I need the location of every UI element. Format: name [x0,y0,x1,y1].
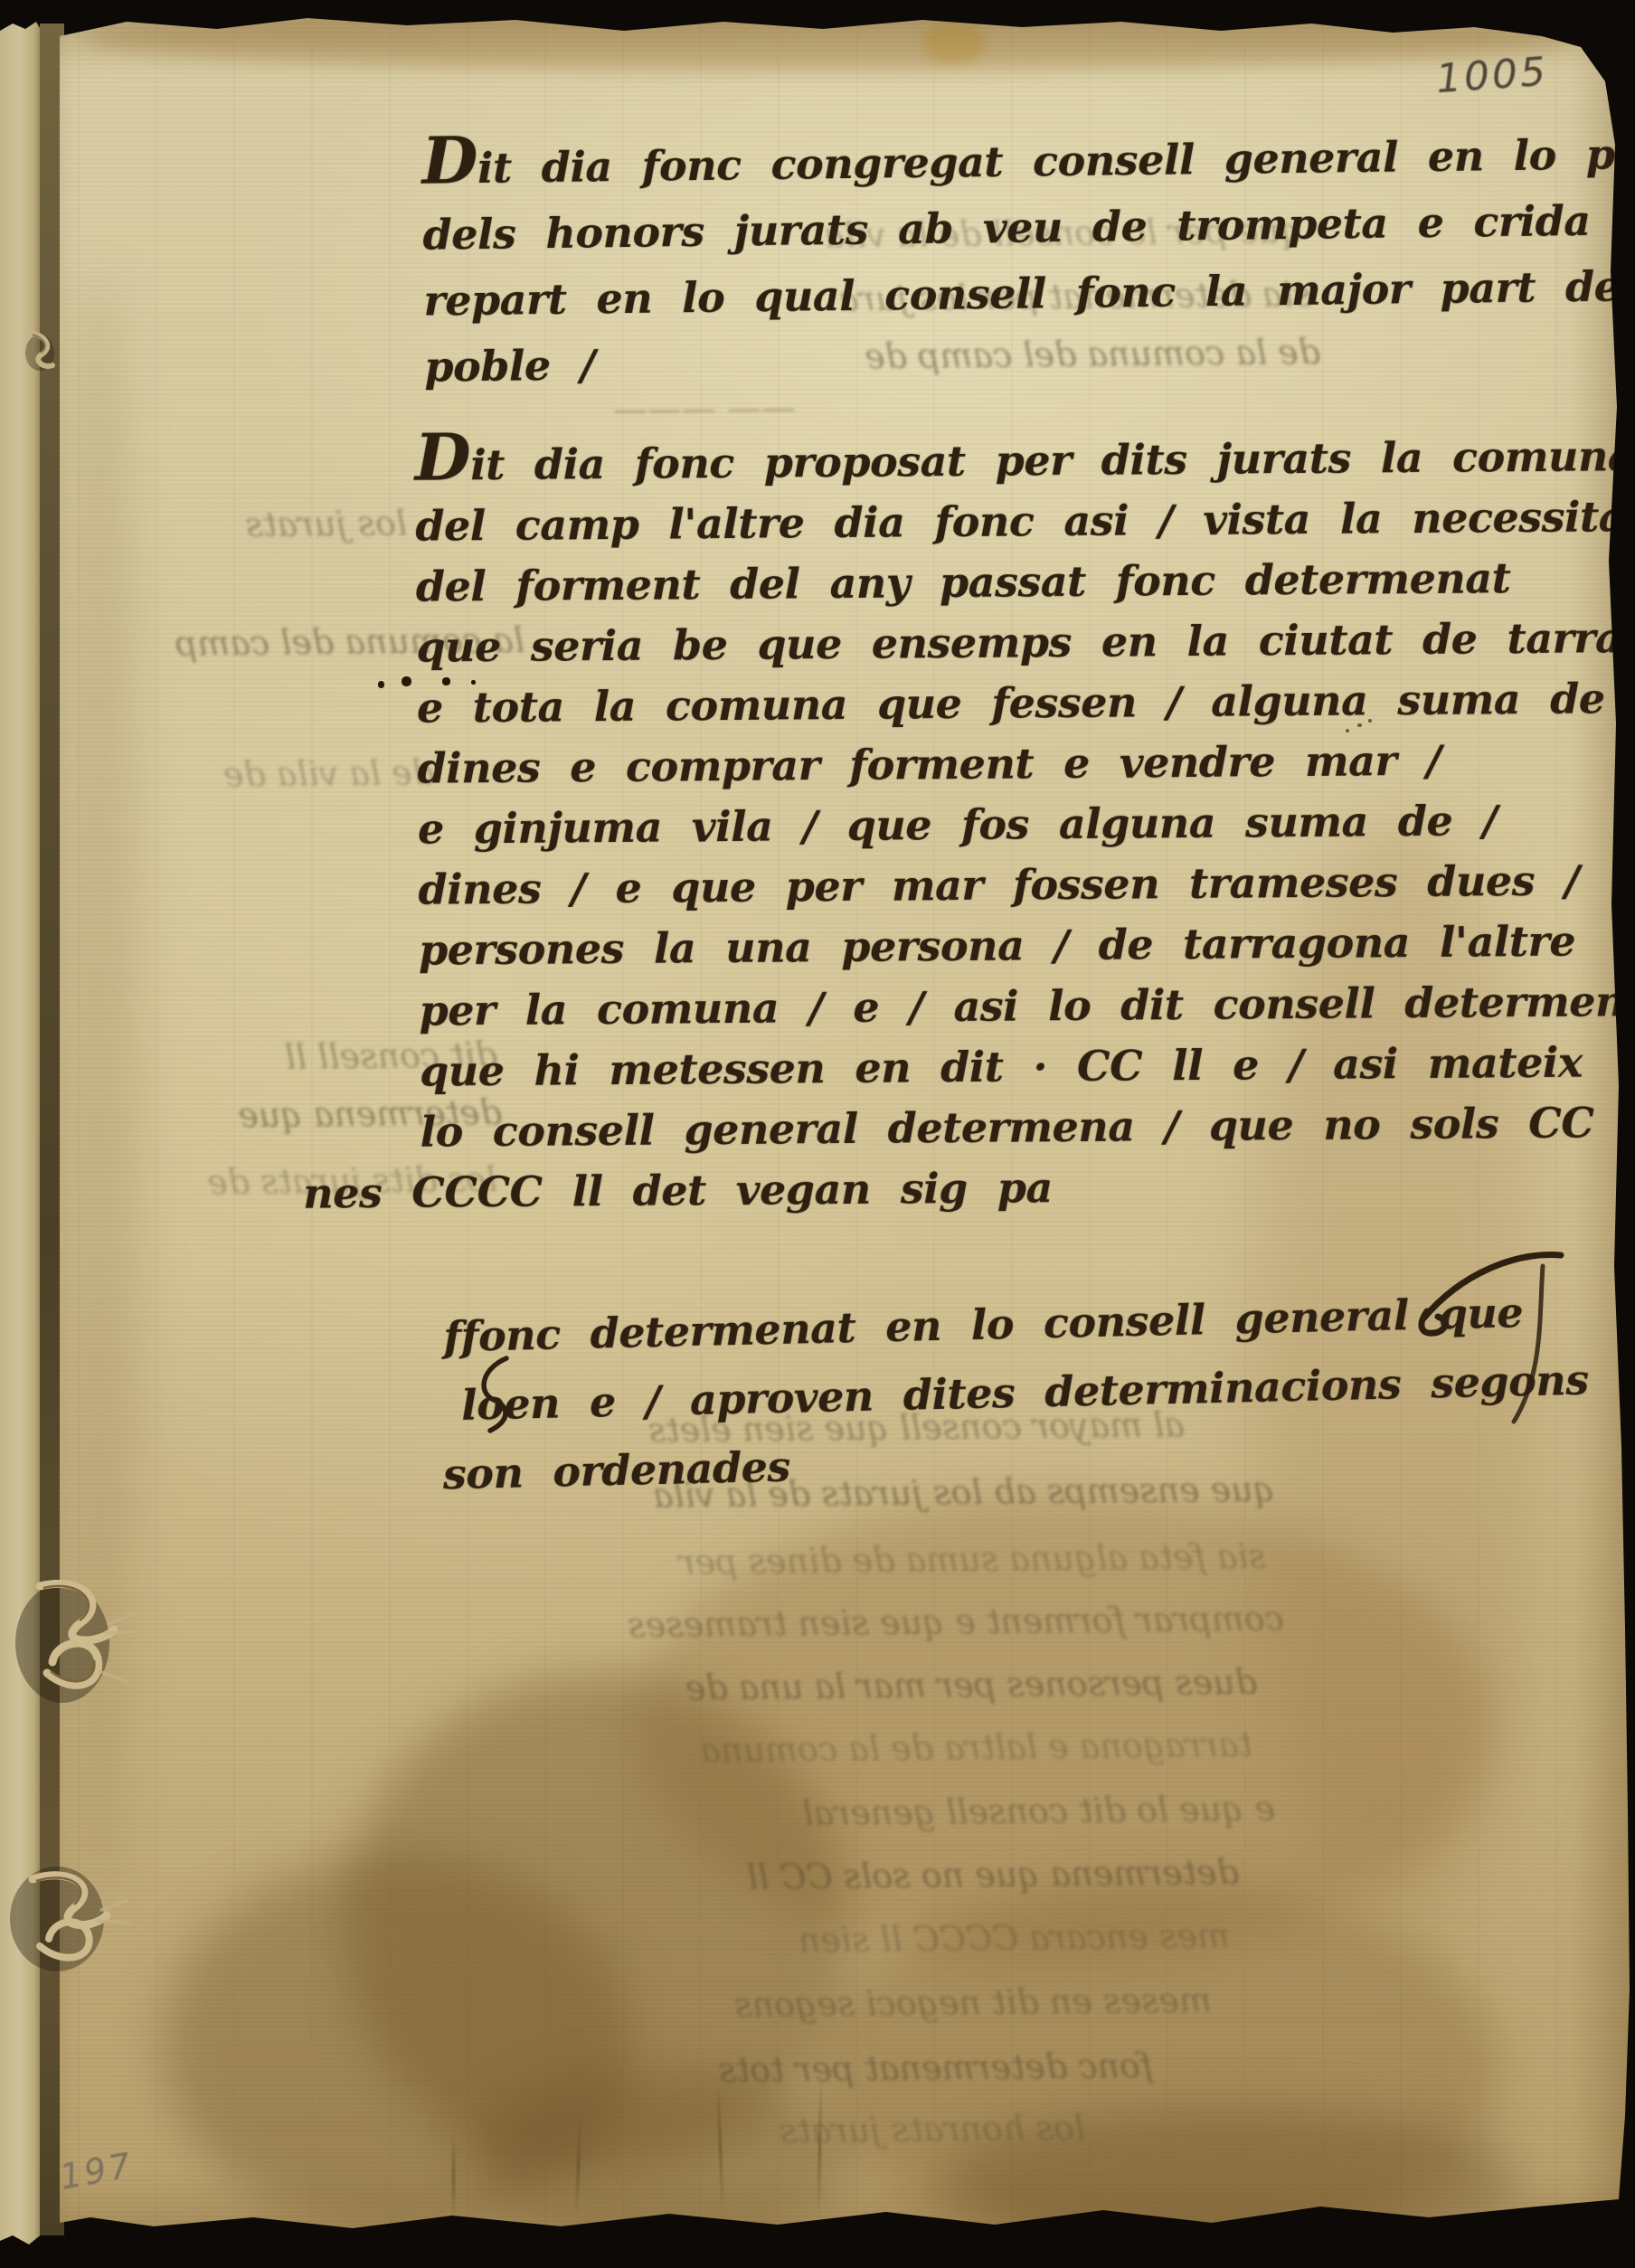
ink-speck [471,680,476,685]
page-number: 1005 [1435,52,1550,100]
ink-line: que seria be que ensemps en la ciutat de… [416,607,1635,677]
ink-paragraph-1: Dit dia fonc congregat consell general e… [421,120,1635,400]
crease [452,2134,455,2220]
ink-line: del camp l'altre dia fonc asi / vista la… [415,486,1635,556]
ink-paragraph-2: Dit dia fonc proposat per dits jurats la… [415,423,1635,1223]
manuscript-photo: que per lo consell de la vilasia determe… [0,0,1635,2268]
ink-line: e ginjuma vila / que fos alguna suma de … [418,789,1635,859]
ink-speck [1357,723,1362,727]
ink-line: que hi metessen en dit · CC ll e / asi m… [420,1031,1635,1101]
ink-line: del forment del any passat fonc determen… [416,546,1635,617]
ink-speck [442,677,450,685]
binding-thread-knot [22,326,63,376]
ink-line: per la comuna / e / asi lo dit consell d… [419,970,1635,1041]
ink-line: dines / e que per mar fossen trameses du… [418,849,1635,920]
binding-thread-knot [7,1856,143,1982]
ink-speck [378,681,384,688]
ink-speck [1368,719,1372,723]
ink-speck [402,676,411,686]
binding-thread-knot [13,1566,148,1711]
ink-line: lo consell general determena / que no so… [420,1091,1635,1162]
ink-flourish-curl [467,1353,525,1436]
manuscript-page: que per lo consell de la vilasia determe… [0,0,1635,2268]
ink-flourish-que-abbrev [1407,1248,1570,1429]
ink-line: nes CCCC ll det vegan sig pa [303,1152,1635,1224]
ink-line: e tota la comuna que fessen / alguna sum… [417,667,1635,738]
ink-line: persones la una persona / de tarragona l… [419,910,1635,980]
ink-line: dines e comprar forment e vendre mar / [417,728,1635,799]
ink-line: Dit dia fonc proposat per dits jurats la… [415,423,1635,496]
ink-speck [1346,729,1349,732]
